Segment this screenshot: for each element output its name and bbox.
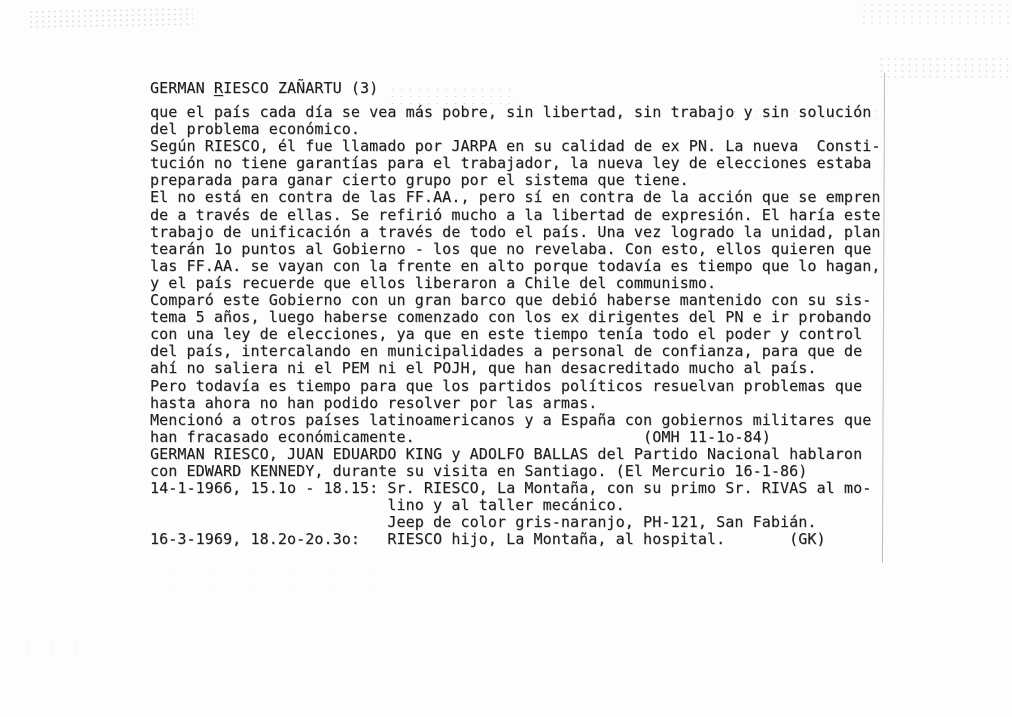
document-line: 16-3-1969, 18.2o-2o.3o: RIESCO hijo, La … <box>150 531 880 548</box>
title-prefix: GERMAN <box>150 79 214 97</box>
document-line: tema 5 años, luego haberse comenzado con… <box>150 309 880 326</box>
document-line: ahí no saliera ni el PEM ni el POJH, que… <box>150 360 880 377</box>
document-line: Pero todavía es tiempo para que los part… <box>150 378 880 395</box>
document-body: que el país cada día se vea más pobre, s… <box>150 104 880 548</box>
document-line: han fracasado económicamente. (OMH 11-1o… <box>150 429 880 446</box>
document-line: trabajo de unificación a través de todo … <box>150 224 880 241</box>
document-line: lino y al taller mecánico. <box>150 497 880 514</box>
document-title: GERMAN RIESCO ZAÑARTU (3) <box>150 80 378 97</box>
document-line: con EDWARD KENNEDY, durante su visita en… <box>150 463 880 480</box>
document-line: tearán 1o puntos al Gobierno - los que n… <box>150 241 880 258</box>
title-suffix: IESCO ZAÑARTU (3) <box>223 79 378 97</box>
document-line: hasta ahora no han podido resolver por l… <box>150 395 880 412</box>
page-margin-line <box>882 73 885 563</box>
document-line: de a través de ellas. Se refirió mucho a… <box>150 207 880 224</box>
scan-noise <box>10 640 80 662</box>
scan-noise <box>860 2 1010 28</box>
document-line: las FF.AA. se vayan con la frente en alt… <box>150 258 880 275</box>
document-line: GERMAN RIESCO, JUAN EDUARDO KING y ADOLF… <box>150 446 880 463</box>
document-page: GERMAN RIESCO ZAÑARTU (3) que el país ca… <box>0 0 1012 717</box>
title-underlined-letter: R <box>214 79 223 97</box>
document-line: preparada para ganar cierto grupo por el… <box>150 172 880 189</box>
document-line: 14-1-1966, 15.1o - 18.15: Sr. RIESCO, La… <box>150 480 880 497</box>
scan-noise <box>878 56 1010 82</box>
scan-noise <box>28 7 193 30</box>
document-line: Según RIESCO, él fue llamado por JARPA e… <box>150 138 880 155</box>
document-line: Comparó este Gobierno con un gran barco … <box>150 292 880 309</box>
document-line: Jeep de color gris-naranjo, PH-121, San … <box>150 514 880 531</box>
document-line: y el país recuerde que ellos liberaron a… <box>150 275 880 292</box>
document-line: Mencionó a otros países latinoamericanos… <box>150 412 880 429</box>
document-line: del país, intercalando en municipalidade… <box>150 343 880 360</box>
document-line: que el país cada día se vea más pobre, s… <box>150 104 880 121</box>
document-line: El no está en contra de las FF.AA., pero… <box>150 189 880 206</box>
scan-noise <box>150 560 410 600</box>
document-line: con una ley de elecciones, ya que en est… <box>150 326 880 343</box>
document-line: del problema económico. <box>150 121 880 138</box>
document-line: tución no tiene garantías para el trabaj… <box>150 155 880 172</box>
